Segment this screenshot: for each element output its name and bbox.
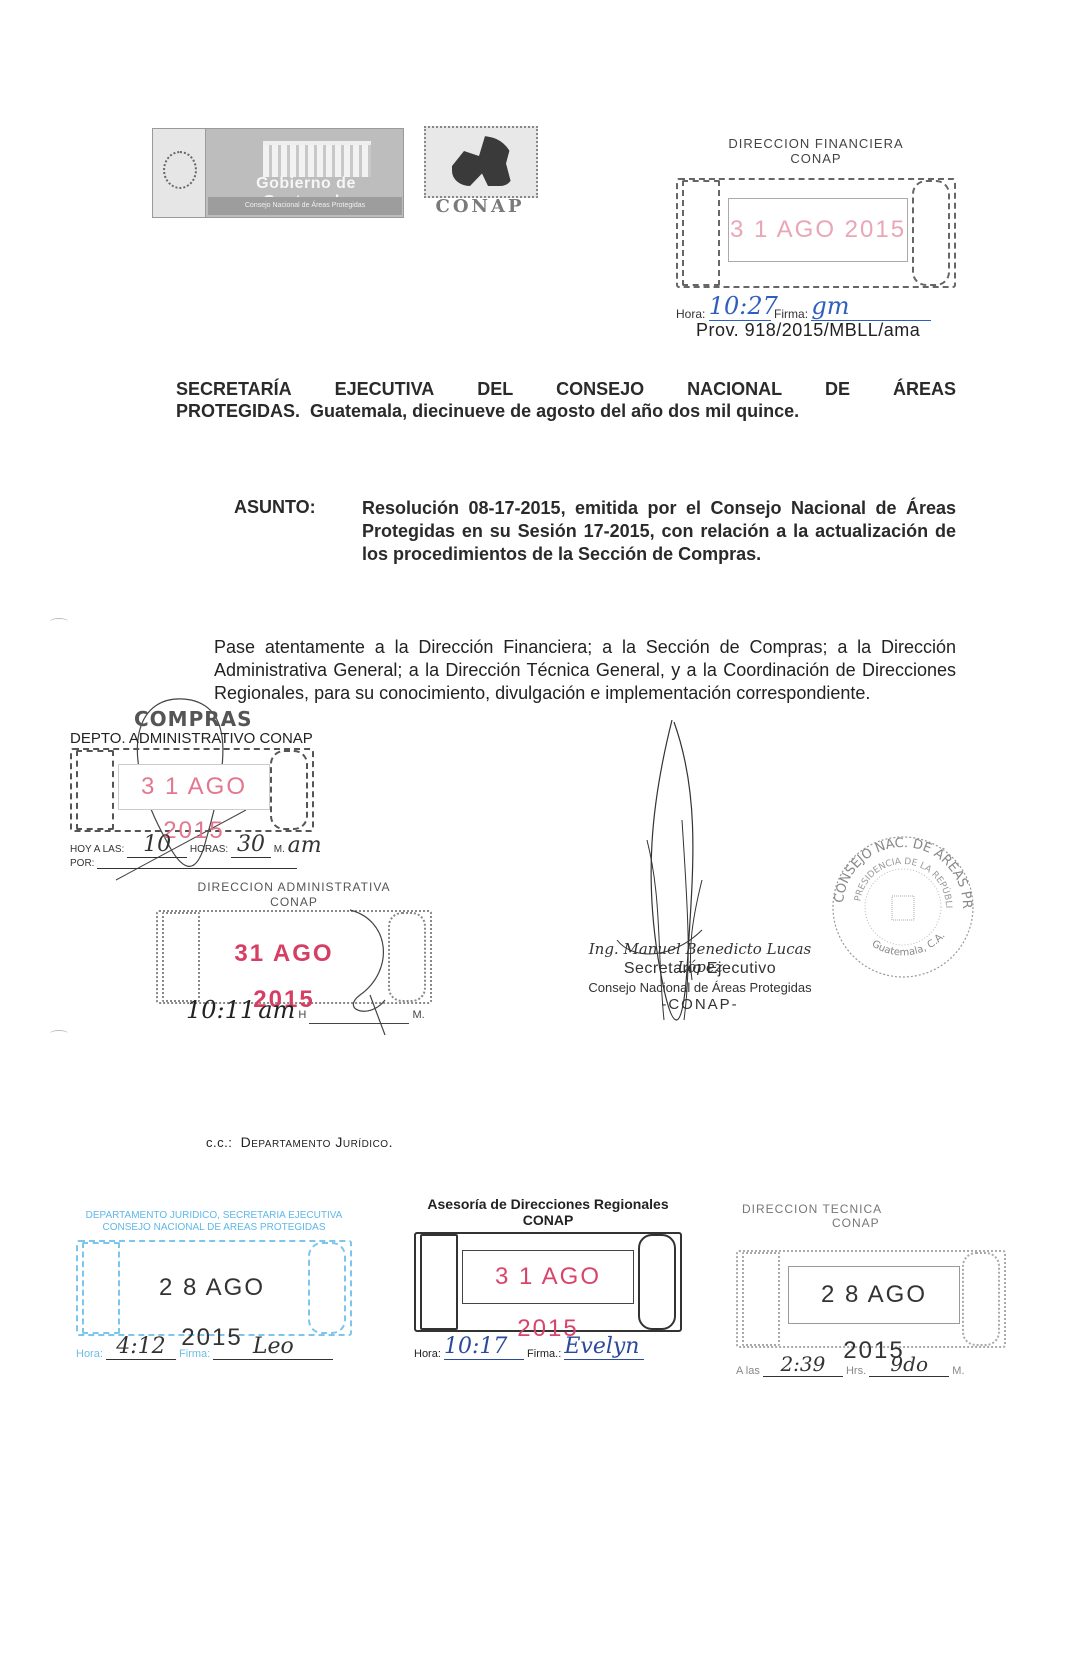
stamp-title-line-1: DEPARTAMENTO JURIDICO, SECRETARIA EJECUT… [76, 1210, 352, 1222]
hora-value: 10:27 [709, 292, 771, 321]
stamp-date: 2 8 AGO 2015 [130, 1262, 294, 1314]
por-signature-line [97, 868, 297, 869]
official-seal: CONSEJO NAC. DE ÁREAS PROTEGIDAS PRESIDE… [828, 832, 978, 982]
palace-building-icon [263, 141, 371, 177]
cc-label: c.c.: [206, 1135, 232, 1150]
seal-bottom-text: Guatemala, C.A. [870, 930, 948, 958]
recibido-letter-r [742, 1252, 780, 1346]
m-label: M. [952, 1365, 964, 1377]
hrs-label: Hrs. [846, 1365, 866, 1377]
heading-line-2: PROTEGIDAS. Guatemala, diecinueve de ago… [176, 400, 956, 422]
hora-value: 4:12 [106, 1334, 176, 1360]
recibido-letter-r [682, 180, 720, 286]
stamp-date: 3 1 AGO 2015 [462, 1250, 634, 1304]
body-paragraph: Pase atentamente a la Dirección Financie… [214, 636, 956, 705]
stamp-departamento-juridico: DEPARTAMENTO JURIDICO, SECRETARIA EJECUT… [76, 1210, 352, 1360]
hora-label: Hora: [76, 1348, 103, 1360]
stamp-title: DIRECCION TECNICA [742, 1202, 1012, 1216]
hora-label: Hora: [676, 307, 705, 321]
alas-label: A las [736, 1365, 760, 1377]
signer-organization: Consejo Nacional de Áreas Protegidas [570, 980, 830, 995]
m-label: M. [412, 1009, 424, 1021]
heading-word: NACIONAL [687, 378, 782, 400]
recibido-letter-r [420, 1234, 458, 1330]
stamp-date: 3 1 AGO 2015 [728, 198, 908, 262]
heading-word: EJECUTIVA [335, 378, 435, 400]
m-value: am [288, 833, 322, 858]
gobierno-de-guatemala-logo: Gobierno de Guatemala Consejo Nacional d… [152, 128, 404, 218]
recibido-letter-o [962, 1252, 1000, 1346]
carbon-copy: c.c.: Departamento Jurídico. [206, 1134, 393, 1150]
h-label: H [298, 1009, 306, 1021]
firma-label: Firma.: [527, 1348, 561, 1360]
stamp-asesoria-direcciones-regionales: Asesoría de Direcciones Regionales CONAP… [414, 1196, 682, 1366]
scan-margin-mark [50, 1030, 68, 1037]
hora-value: 10:17 [444, 1334, 524, 1360]
por-label: POR: [70, 858, 94, 869]
guatemala-coat-of-arms-icon [892, 896, 914, 920]
firma-label: Firma: [179, 1348, 210, 1360]
conap-logo-text: CONAP [424, 196, 536, 217]
ampm-value: am [258, 996, 295, 1024]
asunto-text: Resolución 08-17-2015, emitida por el Co… [362, 497, 956, 566]
seal-outer-text: CONSEJO NAC. DE ÁREAS PROTEGIDAS [828, 832, 974, 909]
hoy-label: HOY A LAS: [70, 844, 124, 855]
stamp-title: DIRECCION ADMINISTRATIVA [156, 880, 432, 895]
stamp-title: Asesoría de Direcciones Regionales [414, 1196, 682, 1212]
svg-text:CONSEJO NAC. DE ÁREAS PROTEGID: CONSEJO NAC. DE ÁREAS PROTEGIDAS [828, 832, 974, 909]
firma-value: Evelyn [564, 1334, 644, 1360]
cc-value: Departamento Jurídico. [241, 1134, 393, 1150]
scan-margin-mark [50, 618, 68, 625]
firma-label: Firma: [774, 307, 808, 321]
hora-label: Hora: [414, 1348, 441, 1360]
signer-acronym: -CONAP- [580, 996, 820, 1013]
heading-word: DE [825, 378, 850, 400]
stamp-title: DIRECCION FINANCIERA [676, 136, 956, 151]
recibido-letter-o [308, 1242, 346, 1334]
recibido-frame: 2 8 AGO 2015 [736, 1250, 1006, 1348]
recibido-frame: 3 1 AGO 2015 [414, 1232, 682, 1332]
stamp-date: 31 AGO 2015 [208, 930, 360, 978]
recibido-letter-r [82, 1242, 120, 1334]
horas-value: 30 [231, 832, 271, 858]
stamp-direccion-tecnica: DIRECCION TECNICA CONAP 2 8 AGO 2015 A l… [736, 1202, 1006, 1378]
time-value: 10:11 [186, 996, 255, 1024]
stamp-date: 2 8 AGO 2015 [788, 1266, 960, 1324]
stamp-direccion-financiera: DIRECCION FINANCIERA CONAP 3 1 AGO 2015 … [676, 136, 956, 322]
guatemala-coat-of-arms-icon [163, 151, 197, 189]
stamp-org: CONAP [742, 1216, 1012, 1230]
compras-title: COMPRAS [134, 707, 253, 731]
stamp-org: CONAP [414, 1212, 682, 1228]
signer-role: Secretario Ejecutivo [580, 960, 820, 978]
recibido-frame: 3 1 AGO 2015 [676, 178, 956, 288]
hoy-value: 10 [127, 832, 187, 858]
heading-line-1: SECRETARÍAEJECUTIVADELCONSEJONACIONALDEÁ… [176, 378, 956, 400]
stamp-compras: 3 1 AGO 2015 HOY A LAS: 10 HORAS: 30 M. … [70, 748, 314, 852]
recibido-frame: 2 8 AGO 2015 [76, 1240, 352, 1336]
recibido-letter-o [638, 1234, 676, 1330]
firma-value: Leo [213, 1334, 333, 1360]
recibido-frame: 3 1 AGO 2015 [70, 748, 314, 832]
heading-word: CONSEJO [556, 378, 644, 400]
svg-text:Guatemala, C.A.: Guatemala, C.A. [870, 930, 948, 958]
gov-logo-subtitle: Consejo Nacional de Áreas Protegidas [208, 197, 402, 215]
asunto-label: ASUNTO: [234, 497, 316, 518]
alas-value: 2:39 [763, 1352, 843, 1377]
firma-value: gm [811, 292, 931, 321]
recibido-letter-o [912, 180, 950, 286]
recibido-letter-o [270, 750, 308, 830]
hrs-value: 9do [869, 1352, 949, 1377]
stamp-title-line-2: CONSEJO NACIONAL DE AREAS PROTEGIDAS [76, 1222, 352, 1234]
recibido-letter-r [76, 750, 114, 830]
horas-label: HORAS: [190, 844, 228, 855]
conap-logo [424, 126, 538, 198]
heading-word: ÁREAS [893, 378, 956, 400]
administrativa-pen-mark [340, 900, 400, 1040]
reference-number: Prov. 918/2015/MBLL/ama [696, 320, 920, 341]
document-heading: SECRETARÍAEJECUTIVADELCONSEJONACIONALDEÁ… [176, 378, 956, 422]
recibido-letter-r [162, 912, 200, 1002]
m-label: M. [274, 844, 285, 855]
stamp-date: 3 1 AGO 2015 [118, 764, 270, 810]
stamp-org: CONAP [676, 151, 956, 166]
heading-word: DEL [477, 378, 513, 400]
conap-monkey-icon [452, 136, 512, 186]
compras-subtitle: DEPTO. ADMINISTRATIVO CONAP [70, 730, 313, 747]
heading-word: SECRETARÍA [176, 378, 292, 400]
